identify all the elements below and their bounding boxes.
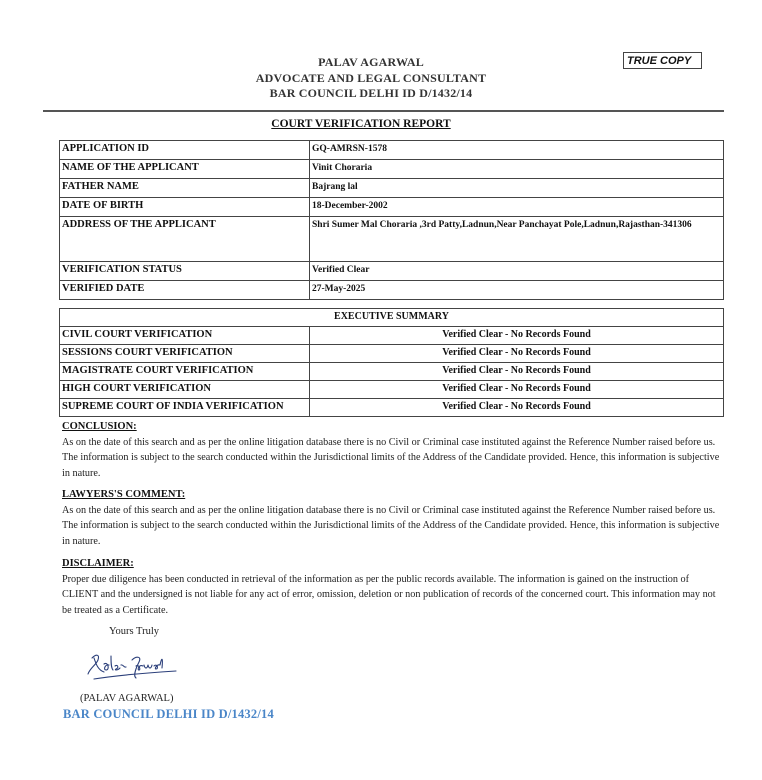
court-result: Verified Clear - No Records Found: [310, 381, 724, 399]
court-label: SESSIONS COURT VERIFICATION: [60, 345, 310, 363]
court-result: Verified Clear - No Records Found: [310, 345, 724, 363]
executive-summary-table: EXECUTIVE SUMMARY CIVIL COURT VERIFICATI…: [59, 308, 724, 417]
detail-label: DATE OF BIRTH: [60, 198, 310, 217]
detail-label: ADDRESS OF THE APPLICANT: [60, 217, 310, 262]
table-row: CIVIL COURT VERIFICATION Verified Clear …: [60, 327, 724, 345]
conclusion-section: CONCLUSION: As on the date of this searc…: [62, 419, 722, 481]
disclaimer-section: DISCLAIMER: Proper due diligence has bee…: [62, 556, 722, 618]
table-row: FATHER NAME Bajrang lal: [60, 179, 724, 198]
table-row: SESSIONS COURT VERIFICATION Verified Cle…: [60, 345, 724, 363]
detail-value: Verified Clear: [310, 262, 724, 281]
disclaimer-text: Proper due diligence has been conducted …: [62, 572, 722, 619]
table-row: VERIFIED DATE 27-May-2025: [60, 281, 724, 300]
court-label: MAGISTRATE COURT VERIFICATION: [60, 363, 310, 381]
detail-value: Bajrang lal: [310, 179, 724, 198]
advocate-bar-id: BAR COUNCIL DELHI ID D/1432/14: [0, 86, 752, 102]
detail-label: NAME OF THE APPLICANT: [60, 160, 310, 179]
closing-salutation: Yours Truly: [109, 626, 159, 637]
conclusion-text: As on the date of this search and as per…: [62, 435, 722, 482]
detail-label: VERIFIED DATE: [60, 281, 310, 300]
court-label: HIGH COURT VERIFICATION: [60, 381, 310, 399]
true-copy-stamp: TRUE COPY: [623, 52, 702, 69]
lawyers-comment-heading: LAWYERS'S COMMENT:: [62, 487, 722, 503]
detail-value: 27-May-2025: [310, 281, 724, 300]
detail-value: GQ-AMRSN-1578: [310, 141, 724, 160]
table-row: VERIFICATION STATUS Verified Clear: [60, 262, 724, 281]
court-result: Verified Clear - No Records Found: [310, 399, 724, 417]
court-label: CIVIL COURT VERIFICATION: [60, 327, 310, 345]
detail-label: FATHER NAME: [60, 179, 310, 198]
conclusion-heading: CONCLUSION:: [62, 419, 722, 435]
table-header-row: EXECUTIVE SUMMARY: [60, 309, 724, 327]
table-row: MAGISTRATE COURT VERIFICATION Verified C…: [60, 363, 724, 381]
table-row: NAME OF THE APPLICANT Vinit Choraria: [60, 160, 724, 179]
table-row: ADDRESS OF THE APPLICANT Shri Sumer Mal …: [60, 217, 724, 262]
lawyers-comment-text: As on the date of this search and as per…: [62, 503, 722, 550]
detail-value: Shri Sumer Mal Choraria ,3rd Patty,Ladnu…: [310, 217, 724, 262]
detail-value: Vinit Choraria: [310, 160, 724, 179]
signature-icon: [84, 648, 184, 684]
table-row: APPLICATION ID GQ-AMRSN-1578: [60, 141, 724, 160]
report-title: COURT VERIFICATION REPORT: [0, 118, 762, 130]
detail-value: 18-December-2002: [310, 198, 724, 217]
detail-label: APPLICATION ID: [60, 141, 310, 160]
header-divider: [43, 110, 724, 112]
court-result: Verified Clear - No Records Found: [310, 327, 724, 345]
court-result: Verified Clear - No Records Found: [310, 363, 724, 381]
table-row: HIGH COURT VERIFICATION Verified Clear -…: [60, 381, 724, 399]
applicant-details-table: APPLICATION ID GQ-AMRSN-1578 NAME OF THE…: [59, 140, 724, 300]
signatory-name: (PALAV AGARWAL): [80, 693, 173, 704]
court-label: SUPREME COURT OF INDIA VERIFICATION: [60, 399, 310, 417]
disclaimer-heading: DISCLAIMER:: [62, 556, 722, 572]
advocate-designation: ADVOCATE AND LEGAL CONSULTANT: [0, 71, 752, 87]
lawyers-comment-section: LAWYERS'S COMMENT: As on the date of thi…: [62, 487, 722, 549]
table-row: DATE OF BIRTH 18-December-2002: [60, 198, 724, 217]
table-row: SUPREME COURT OF INDIA VERIFICATION Veri…: [60, 399, 724, 417]
executive-summary-title: EXECUTIVE SUMMARY: [60, 309, 724, 327]
report-title-text: COURT VERIFICATION REPORT: [271, 118, 450, 130]
signatory-bar-id: BAR COUNCIL DELHI ID D/1432/14: [63, 707, 274, 722]
detail-label: VERIFICATION STATUS: [60, 262, 310, 281]
